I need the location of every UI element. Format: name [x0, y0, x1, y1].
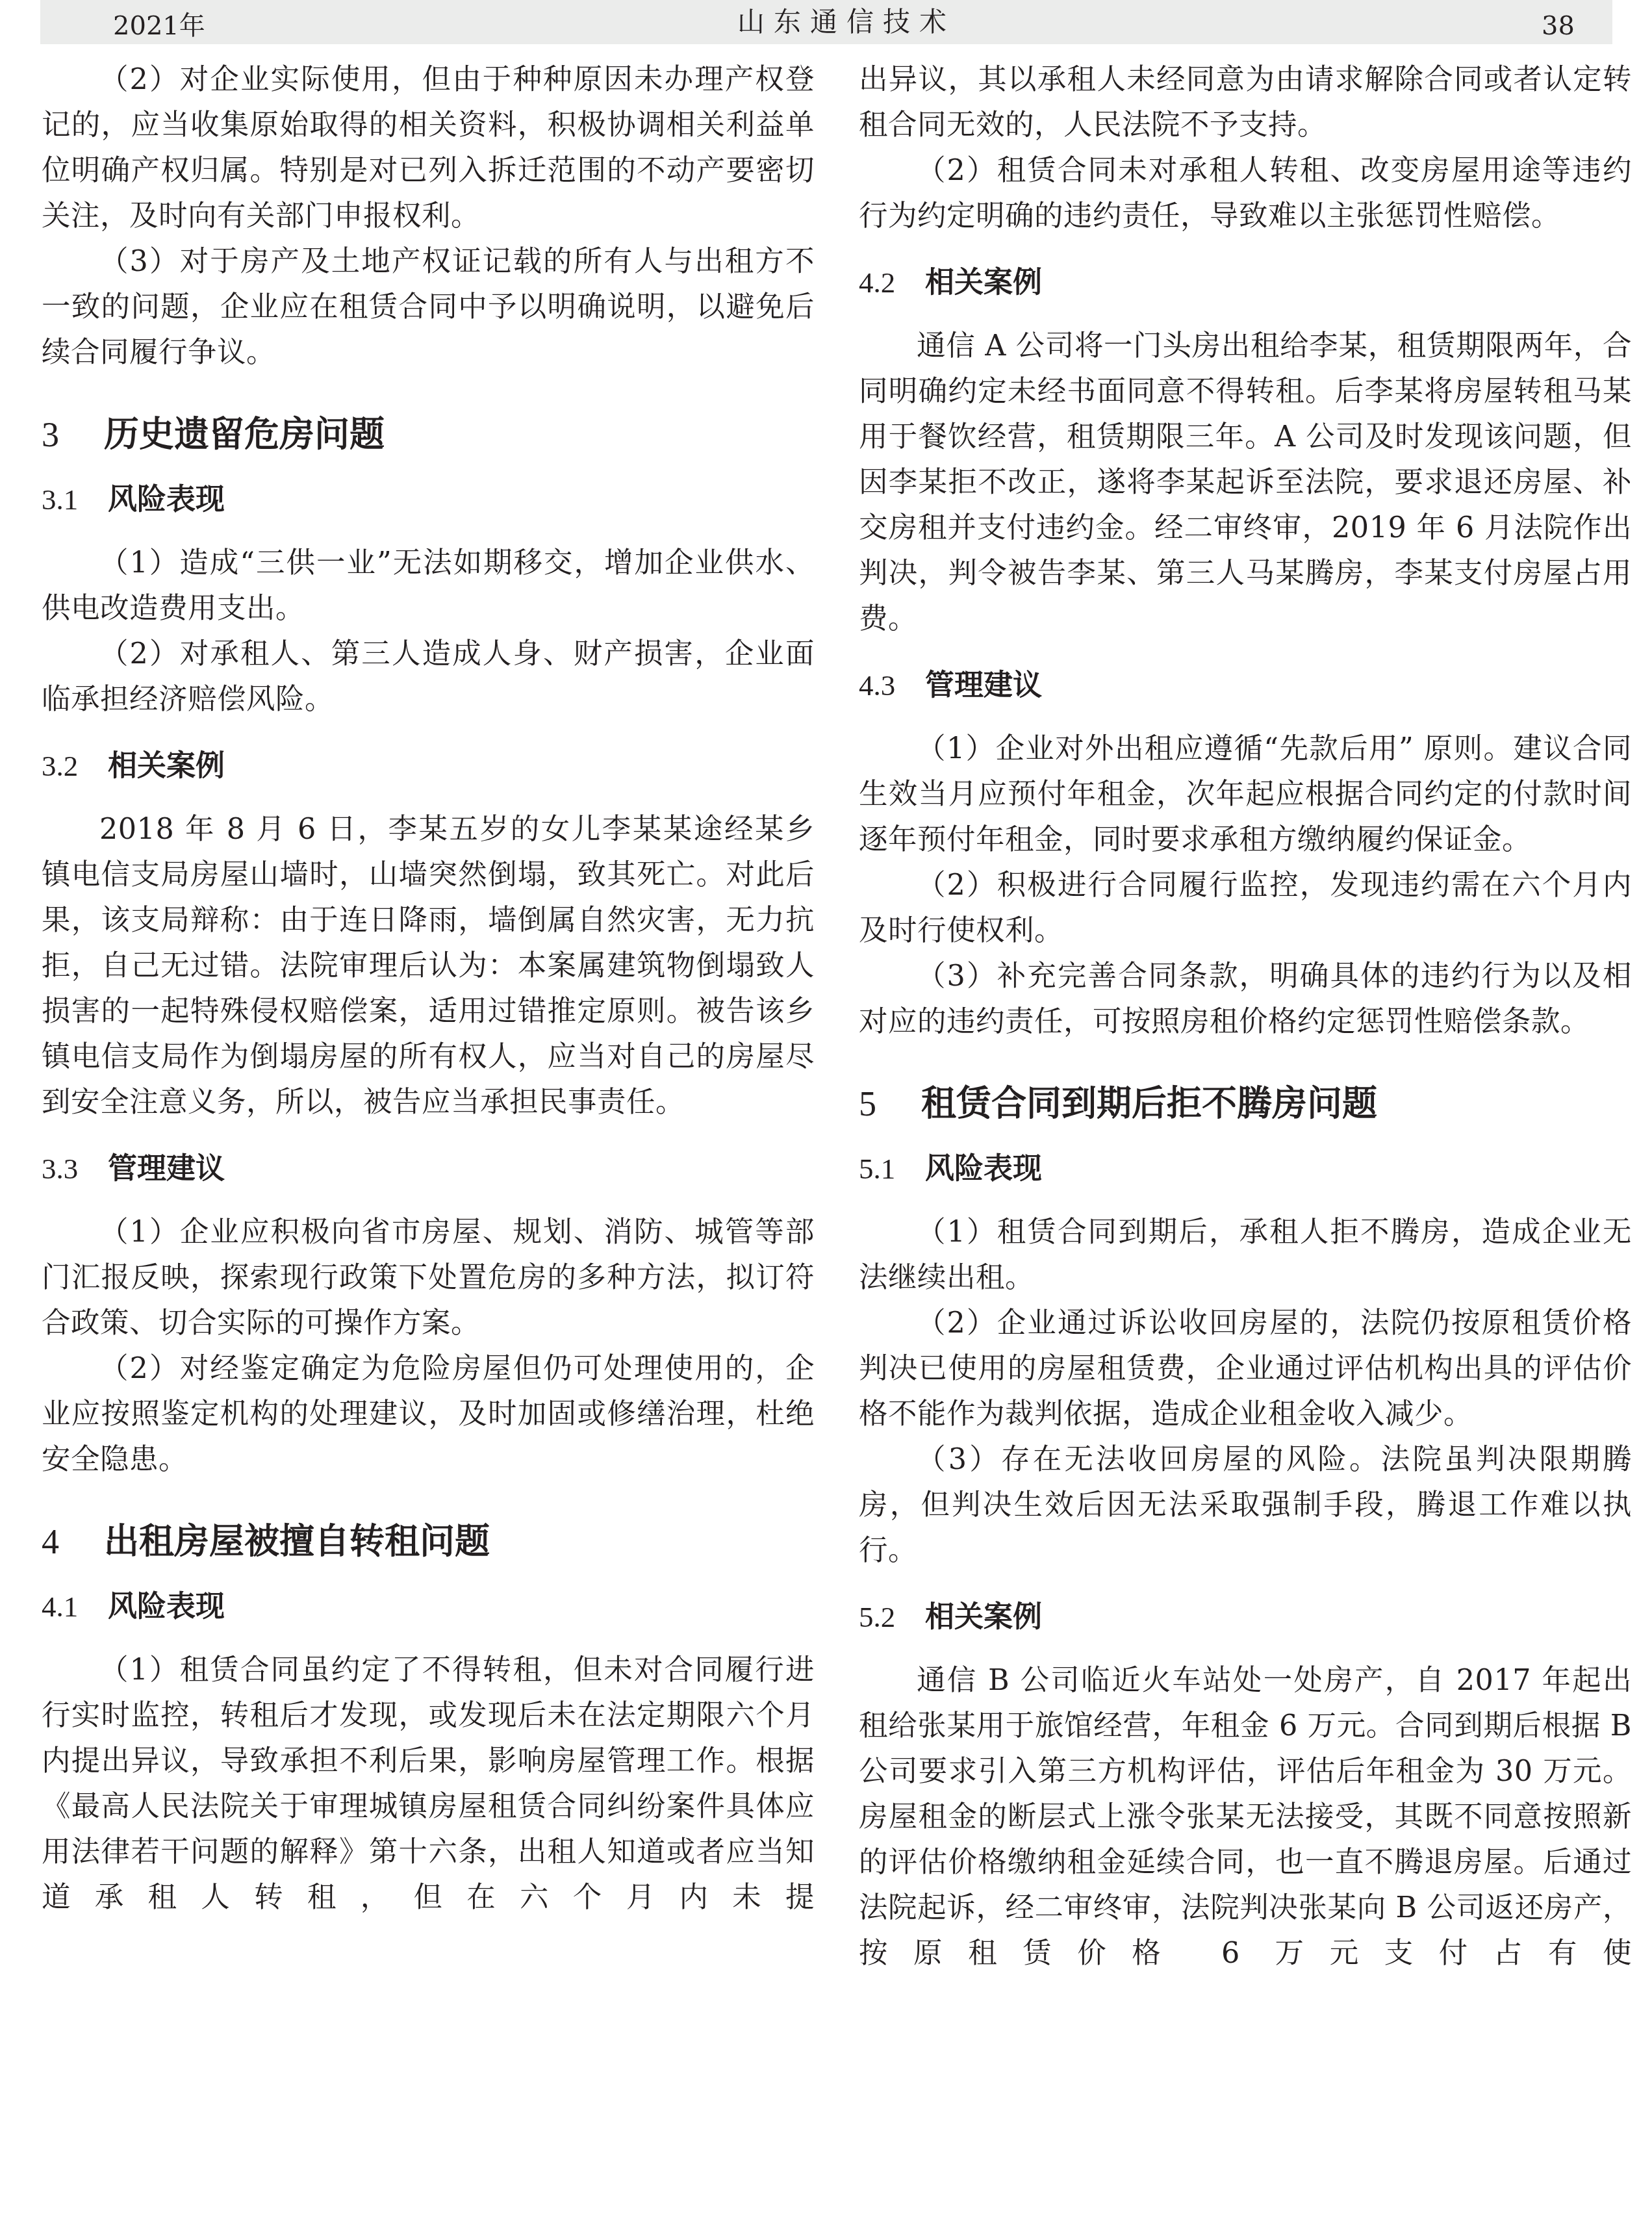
running-header: 2021年 山东通信技术 38	[40, 0, 1612, 44]
paragraph: （1）企业对外出租应遵循“先款后用” 原则。建议合同生效当月应预付年租金，次年起…	[859, 726, 1632, 863]
subsection-heading-4-1: 4.1风险表现	[42, 1584, 815, 1629]
subsection-heading-3-1: 3.1风险表现	[42, 477, 815, 522]
subsection-heading-3-2: 3.2相关案例	[42, 743, 815, 789]
paragraph: （1）租赁合同到期后，承租人拒不腾房，造成企业无法继续出租。	[859, 1210, 1632, 1301]
section-heading-5: 5租赁合同到期后拒不腾房问题	[859, 1081, 1632, 1127]
paragraph: （2）对经鉴定确定为危险房屋但仍可处理使用的，企业应按照鉴定机构的处理建议，及时…	[42, 1346, 815, 1483]
paragraph: （1）企业应积极向省市房屋、规划、消防、城管等部门汇报反映，探索现行政策下处置危…	[42, 1210, 815, 1346]
subsection-heading-4-3: 4.3管理建议	[859, 663, 1632, 708]
subsection-heading-3-3: 3.3管理建议	[42, 1146, 815, 1192]
paragraph-continued: 出异议，其以承租人未经同意为由请求解除合同或者认定转租合同无效的，人民法院不予支…	[859, 57, 1632, 148]
section-heading-4: 4出租房屋被擅自转租问题	[42, 1519, 815, 1564]
right-column: 出异议，其以承租人未经同意为由请求解除合同或者认定转租合同无效的，人民法院不予支…	[859, 57, 1632, 1976]
subsection-heading-5-1: 5.1风险表现	[859, 1146, 1632, 1192]
left-column: （2）对企业实际使用，但由于种种原因未办理产权登记的，应当收集原始取得的相关资料…	[42, 57, 815, 1920]
paragraph: （2）积极进行合同履行监控，发现违约需在六个月内及时行使权利。	[859, 863, 1632, 954]
subsection-heading-5-2: 5.2相关案例	[859, 1594, 1632, 1640]
paragraph: （3）存在无法收回房屋的风险。法院虽判决限期腾房，但判决生效后因无法采取强制手段…	[859, 1437, 1632, 1574]
section-heading-3: 3历史遗留危房问题	[42, 412, 815, 457]
header-journal-title: 山东通信技术	[40, 5, 1612, 39]
paragraph: （1）租赁合同虽约定了不得转租，但未对合同履行进行实时监控，转租后才发现，或发现…	[42, 1648, 815, 1920]
paragraph: （2）对企业实际使用，但由于种种原因未办理产权登记的，应当收集原始取得的相关资料…	[42, 57, 815, 239]
paragraph: 通信 A 公司将一门头房出租给李某，租赁期限两年，合同明确约定未经书面同意不得转…	[859, 324, 1632, 642]
paragraph: （2）对承租人、第三人造成人身、财产损害，企业面临承担经济赔偿风险。	[42, 632, 815, 722]
paragraph: （2）企业通过诉讼收回房屋的，法院仍按原租赁价格判决已使用的房屋租赁费，企业通过…	[859, 1301, 1632, 1437]
paragraph: 通信 B 公司临近火车站处一处房产，自 2017 年起出租给张某用于旅馆经营，年…	[859, 1658, 1632, 1976]
paragraph: （3）对于房产及土地产权证记载的所有人与出租方不一致的问题，企业应在租赁合同中予…	[42, 239, 815, 376]
header-page-number: 38	[1542, 9, 1575, 43]
paragraph: （3）补充完善合同条款，明确具体的违约行为以及相对应的违约责任，可按照房租价格约…	[859, 954, 1632, 1045]
subsection-heading-4-2: 4.2相关案例	[859, 260, 1632, 305]
paragraph: 2018 年 8 月 6 日，李某五岁的女儿李某某途经某乡镇电信支局房屋山墙时，…	[42, 807, 815, 1125]
paragraph: （1）造成“三供一业”无法如期移交，增加企业供水、供电改造费用支出。	[42, 541, 815, 632]
paragraph: （2）租赁合同未对承租人转租、改变房屋用途等违约行为约定明确的违约责任，导致难以…	[859, 148, 1632, 239]
